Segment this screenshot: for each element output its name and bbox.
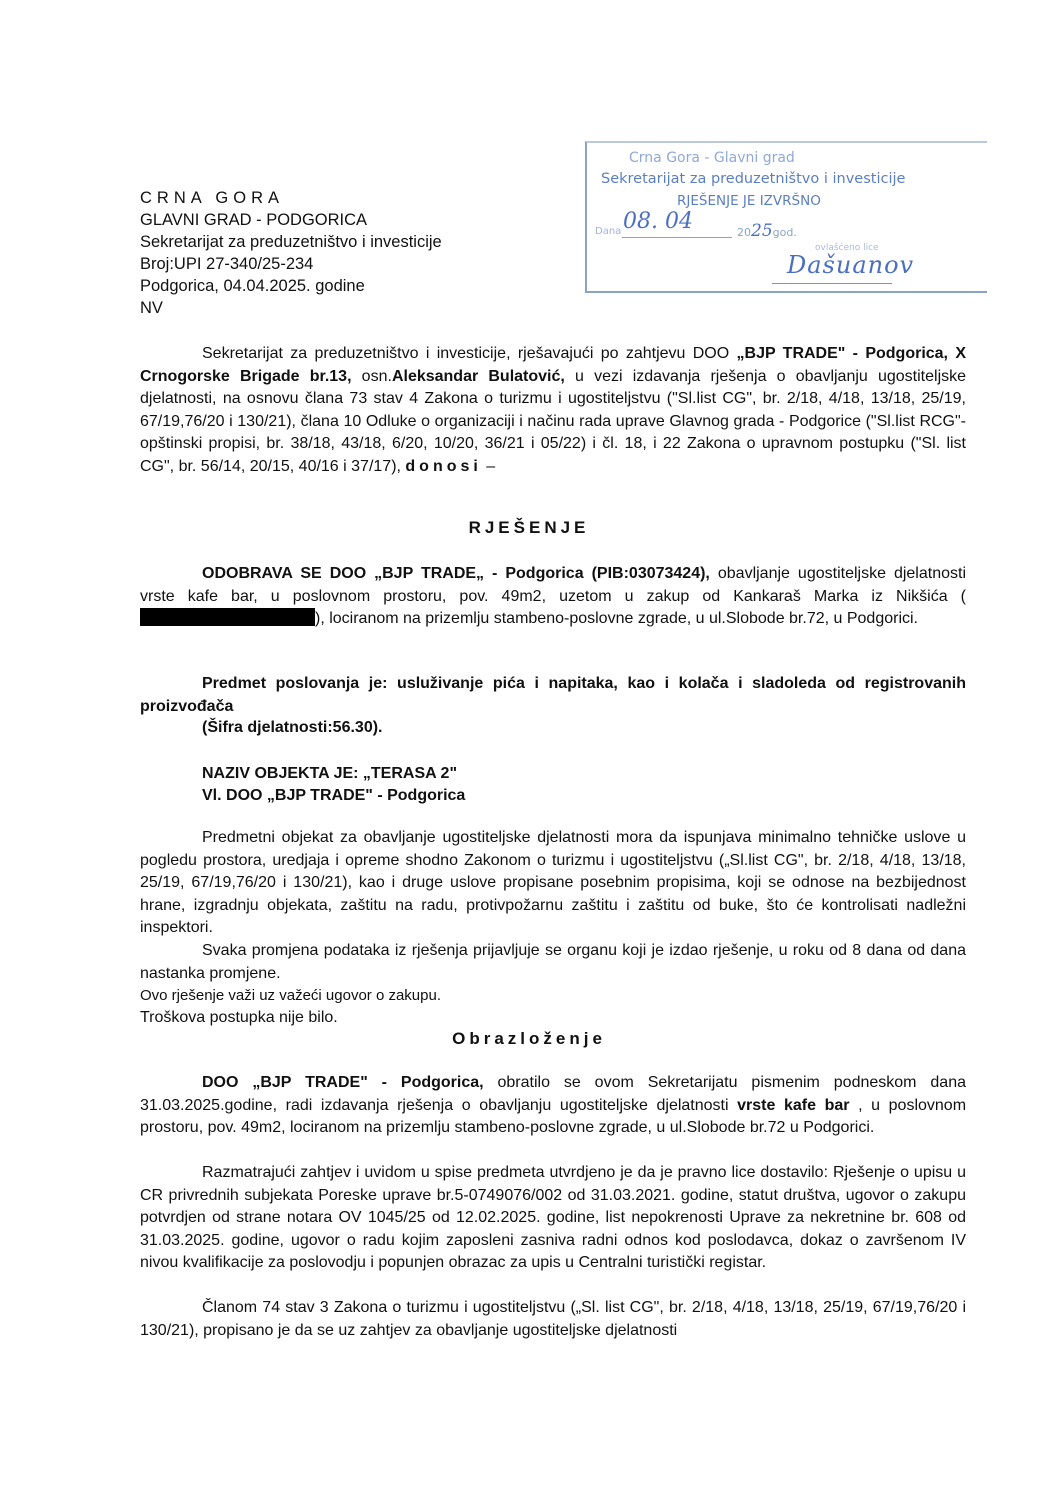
header-number: Broj:UPI 27-340/25-234 [140,253,442,275]
redacted-block [140,608,315,626]
changes-paragraph: Svaka promjena podataka iz rješenja prij… [140,940,966,985]
reasoning-bold-1: DOO „BJP TRADE" - Podgorica, [202,1074,484,1091]
header-city: GLAVNI GRAD - PODGORICA [140,209,442,231]
activity-code: (Šifra djelatnosti:56.30). [202,717,383,739]
document-page: Crna Gora - Glavni grad Sekretarijat za … [0,0,1058,1497]
stamp-year-suffix: god. [773,226,797,239]
stamp-year-handwritten: 25 [751,221,773,241]
validity-note: Ovo rješenje važi uz važeći ugovor o zak… [140,985,441,1007]
reasoning-paragraph-1: DOO „BJP TRADE" - Podgorica, obratilo se… [140,1072,966,1140]
stamp-date-line [622,237,732,238]
costs-note: Troškova postupka nije bilo. [140,1007,338,1029]
header-department: Sekretarijat za preduzetništvo i investi… [140,231,442,253]
signature-line [772,283,892,284]
decision-text-2: ), lociranom na prizemlju stambeno-poslo… [315,610,918,627]
header-country: CRNA GORA [140,187,442,209]
stamp-year: 2025god. [737,221,797,241]
document-header: CRNA GORA GLAVNI GRAD - PODGORICA Sekret… [140,187,442,319]
header-initials: NV [140,297,442,319]
intro-bold-2: Aleksandar Bulatović, [392,368,565,385]
stamp-line-2: Sekretarijat za preduzetništvo i investi… [601,171,905,187]
stamp-dana-label: Dana [595,226,621,237]
reasoning-bold-2: vrste kafe bar [737,1097,849,1114]
intro-text-2: osn. [352,368,392,385]
requirements-paragraph: Predmetni objekat za obavljanje ugostite… [140,827,966,940]
stamp-year-prefix: 20 [737,226,751,239]
decision-title: RJEŠENJE [0,518,1058,538]
reasoning-paragraph-2: Razmatrajući zahtjev i uvidom u spise pr… [140,1162,966,1275]
intro-dash: – [482,458,495,475]
intro-donosi: donosi [405,458,481,475]
stamp-line-1: Crna Gora - Glavni grad [629,150,795,166]
executive-stamp: Crna Gora - Glavni grad Sekretarijat za … [585,141,987,293]
intro-paragraph: Sekretarijat za preduzetništvo i investi… [140,343,966,478]
decision-bold: ODOBRAVA SE DOO „BJP TRADE„ - Podgorica … [202,565,710,582]
stamp-handwritten-date: 08. 04 [623,209,693,234]
stamp-line-3: RJEŠENJE JE IZVRŠNO [677,193,821,209]
reasoning-paragraph-3: Članom 74 stav 3 Zakona o turizmu i ugos… [140,1297,966,1342]
object-owner: Vl. DOO „BJP TRADE" - Podgorica [202,785,465,807]
subject-paragraph: Predmet poslovanja je: usluživanje pića … [140,673,966,718]
decision-paragraph: ODOBRAVA SE DOO „BJP TRADE„ - Podgorica … [140,563,966,631]
signature: Dašuanov [787,251,914,279]
intro-text-1: Sekretarijat za preduzetništvo i investi… [202,345,737,362]
header-place-date: Podgorica, 04.04.2025. godine [140,275,442,297]
object-name: NAZIV OBJEKTA JE: „TERASA 2" [202,763,457,785]
reasoning-title: Obrazloženje [0,1029,1058,1049]
